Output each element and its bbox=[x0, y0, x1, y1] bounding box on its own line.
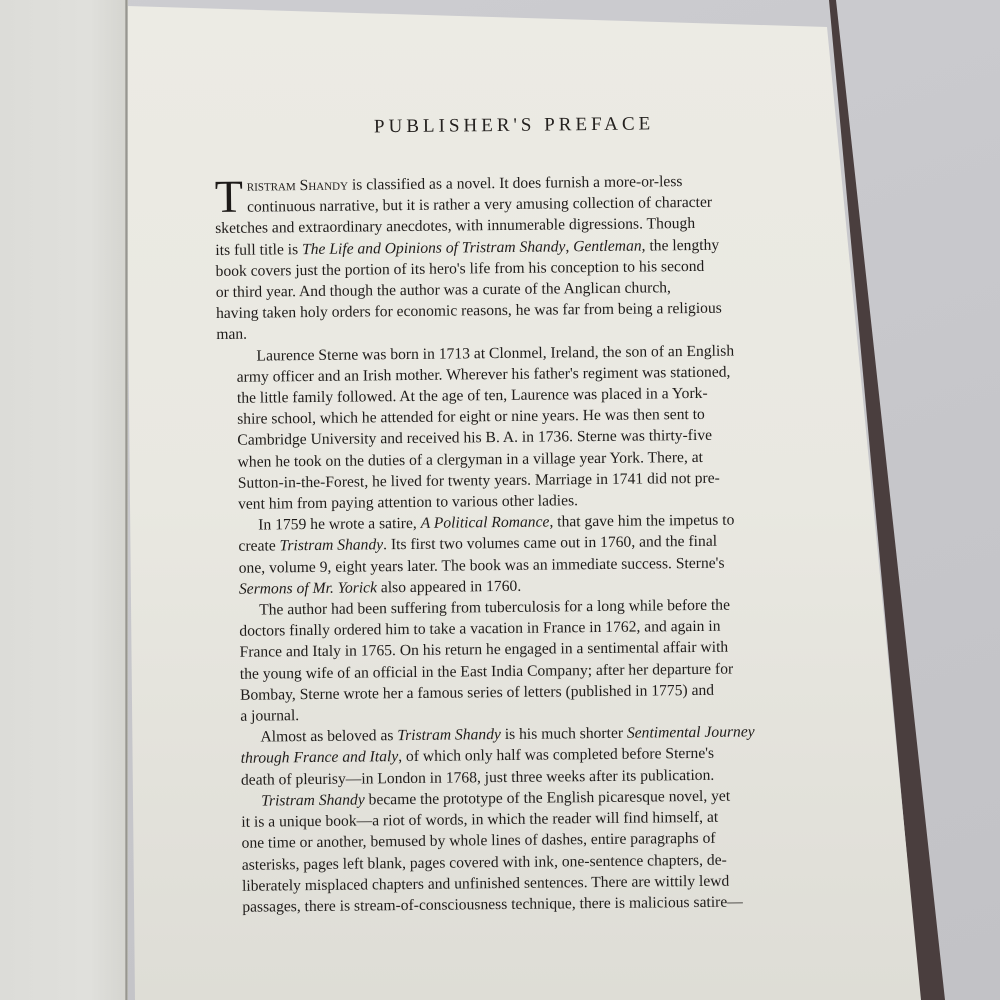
page-heading: PUBLISHER'S PREFACE bbox=[254, 112, 774, 139]
paragraph-3: In 1759 he wrote a satire, A Political R… bbox=[218, 509, 779, 600]
drop-cap: T bbox=[215, 178, 244, 216]
paragraph-2: Laurence Sterne was born in 1713 at Clon… bbox=[216, 340, 778, 515]
small-caps-title: ristram Shandy bbox=[247, 177, 348, 195]
paragraph-4: The author had been suffering from tuber… bbox=[219, 594, 780, 727]
preface-text-block: PUBLISHER'S PREFACE T ristram Shandy is … bbox=[214, 112, 782, 918]
paragraph-5: Almost as beloved as Tristram Shandy is … bbox=[220, 721, 781, 790]
paragraph-6: Tristram Shandy became the prototype of … bbox=[221, 785, 782, 918]
photo-scene: PUBLISHER'S PREFACE T ristram Shandy is … bbox=[0, 0, 1000, 1000]
book-gutter bbox=[125, 0, 128, 1000]
left-page bbox=[0, 0, 128, 1000]
paragraph-1: T ristram Shandy is classified as a nove… bbox=[215, 170, 777, 345]
